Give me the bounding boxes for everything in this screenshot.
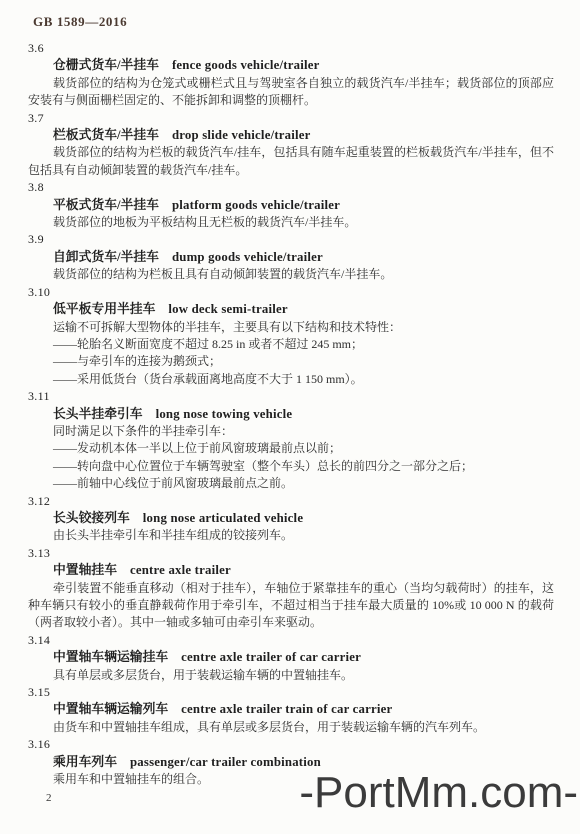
- definition-text: 载货部位的结构为栏板的载货汽车/挂车，包括具有随车起重装置的栏板载货汽车/半挂车…: [28, 144, 554, 179]
- section-3-13: 3.13 中置轴挂车centre axle trailer 牵引装置不能垂直移动…: [28, 545, 554, 632]
- term-en: passenger/car trailer combination: [130, 755, 321, 769]
- definition-text: 运输不可拆解大型物体的半挂车，主要具有以下结构和技术特性：: [28, 319, 554, 336]
- section-3-14: 3.14 中置轴车辆运输挂车centre axle trailer of car…: [28, 632, 554, 684]
- section-3-6: 3.6 仓栅式货车/半挂车fence goods vehicle/trailer…: [28, 40, 554, 110]
- term-en: fence goods vehicle/trailer: [172, 58, 320, 72]
- section-number: 3.12: [28, 493, 554, 510]
- list-item: ——转向盘中心位置位于车辆驾驶室（整个车头）总长的前四分之一部分之后；: [28, 458, 554, 475]
- term-zh: 中置轴车辆运输列车: [53, 702, 168, 716]
- term-zh: 长头铰接列车: [53, 511, 130, 525]
- section-number: 3.9: [28, 231, 554, 248]
- section-number: 3.11: [28, 388, 554, 405]
- section-number: 3.16: [28, 736, 554, 753]
- term-en: dump goods vehicle/trailer: [172, 250, 323, 264]
- term-zh: 乘用车列车: [53, 755, 117, 769]
- term-en: long nose towing vehicle: [156, 407, 293, 421]
- term-zh: 自卸式货车/半挂车: [53, 250, 159, 264]
- definition-text: 由货车和中置轴挂车组成，具有单层或多层货台，用于装载运输车辆的汽车列车。: [28, 719, 554, 736]
- list-item: ——与牵引车的连接为鹅颈式；: [28, 353, 554, 370]
- section-number: 3.15: [28, 684, 554, 701]
- term-line: 长头铰接列车long nose articulated vehicle: [28, 510, 554, 527]
- term-en: low deck semi-trailer: [168, 302, 287, 316]
- section-3-8: 3.8 平板式货车/半挂车platform goods vehicle/trai…: [28, 179, 554, 231]
- document-content: 3.6 仓栅式货车/半挂车fence goods vehicle/trailer…: [28, 40, 554, 788]
- section-number: 3.14: [28, 632, 554, 649]
- section-3-7: 3.7 栏板式货车/半挂车drop slide vehicle/trailer …: [28, 110, 554, 180]
- section-number: 3.10: [28, 284, 554, 301]
- term-line: 低平板专用半挂车low deck semi-trailer: [28, 301, 554, 318]
- term-line: 平板式货车/半挂车platform goods vehicle/trailer: [28, 197, 554, 214]
- list-item: ——采用低货台（货台承载面离地高度不大于 1 150 mm）。: [28, 371, 554, 388]
- definition-text: 载货部位的地板为平板结构且无栏板的载货汽车/半挂车。: [28, 214, 554, 231]
- definition-text: 牵引装置不能垂直移动（相对于挂车），车轴位于紧靠挂车的重心（当均匀载荷时）的挂车…: [28, 580, 554, 632]
- watermark: -PortMm.com-: [299, 768, 578, 818]
- term-zh: 栏板式货车/半挂车: [53, 128, 159, 142]
- term-en: long nose articulated vehicle: [143, 511, 303, 525]
- section-3-11: 3.11 长头半挂牵引车long nose towing vehicle 同时满…: [28, 388, 554, 492]
- definition-text: 载货部位的结构为栏板且具有自动倾卸装置的载货汽车/半挂车。: [28, 266, 554, 283]
- section-number: 3.8: [28, 179, 554, 196]
- definition-text: 载货部位的结构为仓笼式或栅栏式且与驾驶室各自独立的载货汽车/半挂车；载货部位的顶…: [28, 75, 554, 110]
- section-number: 3.7: [28, 110, 554, 127]
- section-3-15: 3.15 中置轴车辆运输列车centre axle trailer train …: [28, 684, 554, 736]
- term-zh: 长头半挂牵引车: [53, 407, 143, 421]
- page-number: 2: [46, 792, 52, 804]
- term-zh: 低平板专用半挂车: [53, 302, 155, 316]
- definition-text: 由长头半挂牵引车和半挂车组成的铰接列车。: [28, 527, 554, 544]
- list-item: ——发动机本体一半以上位于前风窗玻璃最前点以前；: [28, 440, 554, 457]
- term-en: centre axle trailer of car carrier: [181, 650, 361, 664]
- section-3-12: 3.12 长头铰接列车long nose articulated vehicle…: [28, 493, 554, 545]
- list-item: ——前轴中心线位于前风窗玻璃最前点之前。: [28, 475, 554, 492]
- document-page: GB 1589—2016 3.6 仓栅式货车/半挂车fence goods ve…: [0, 0, 580, 834]
- term-en: centre axle trailer train of car carrier: [181, 702, 392, 716]
- term-zh: 中置轴车辆运输挂车: [53, 650, 168, 664]
- term-line: 栏板式货车/半挂车drop slide vehicle/trailer: [28, 127, 554, 144]
- term-line: 自卸式货车/半挂车dump goods vehicle/trailer: [28, 249, 554, 266]
- term-line: 中置轴车辆运输挂车centre axle trailer of car carr…: [28, 649, 554, 666]
- term-en: centre axle trailer: [130, 563, 231, 577]
- term-line: 中置轴车辆运输列车centre axle trailer train of ca…: [28, 701, 554, 718]
- term-zh: 平板式货车/半挂车: [53, 198, 159, 212]
- definition-text: 同时满足以下条件的半挂牵引车：: [28, 423, 554, 440]
- term-line: 仓栅式货车/半挂车fence goods vehicle/trailer: [28, 57, 554, 74]
- term-en: drop slide vehicle/trailer: [172, 128, 311, 142]
- definition-text: 具有单层或多层货台，用于装载运输车辆的中置轴挂车。: [28, 667, 554, 684]
- term-en: platform goods vehicle/trailer: [172, 198, 340, 212]
- term-zh: 中置轴挂车: [53, 563, 117, 577]
- section-number: 3.13: [28, 545, 554, 562]
- section-3-9: 3.9 自卸式货车/半挂车dump goods vehicle/trailer …: [28, 231, 554, 283]
- section-number: 3.6: [28, 40, 554, 57]
- term-line: 长头半挂牵引车long nose towing vehicle: [28, 406, 554, 423]
- term-line: 中置轴挂车centre axle trailer: [28, 562, 554, 579]
- standard-number-header: GB 1589—2016: [33, 14, 127, 30]
- list-item: ——轮胎名义断面宽度不超过 8.25 in 或者不超过 245 mm；: [28, 336, 554, 353]
- section-3-10: 3.10 低平板专用半挂车low deck semi-trailer 运输不可拆…: [28, 284, 554, 388]
- term-zh: 仓栅式货车/半挂车: [53, 58, 159, 72]
